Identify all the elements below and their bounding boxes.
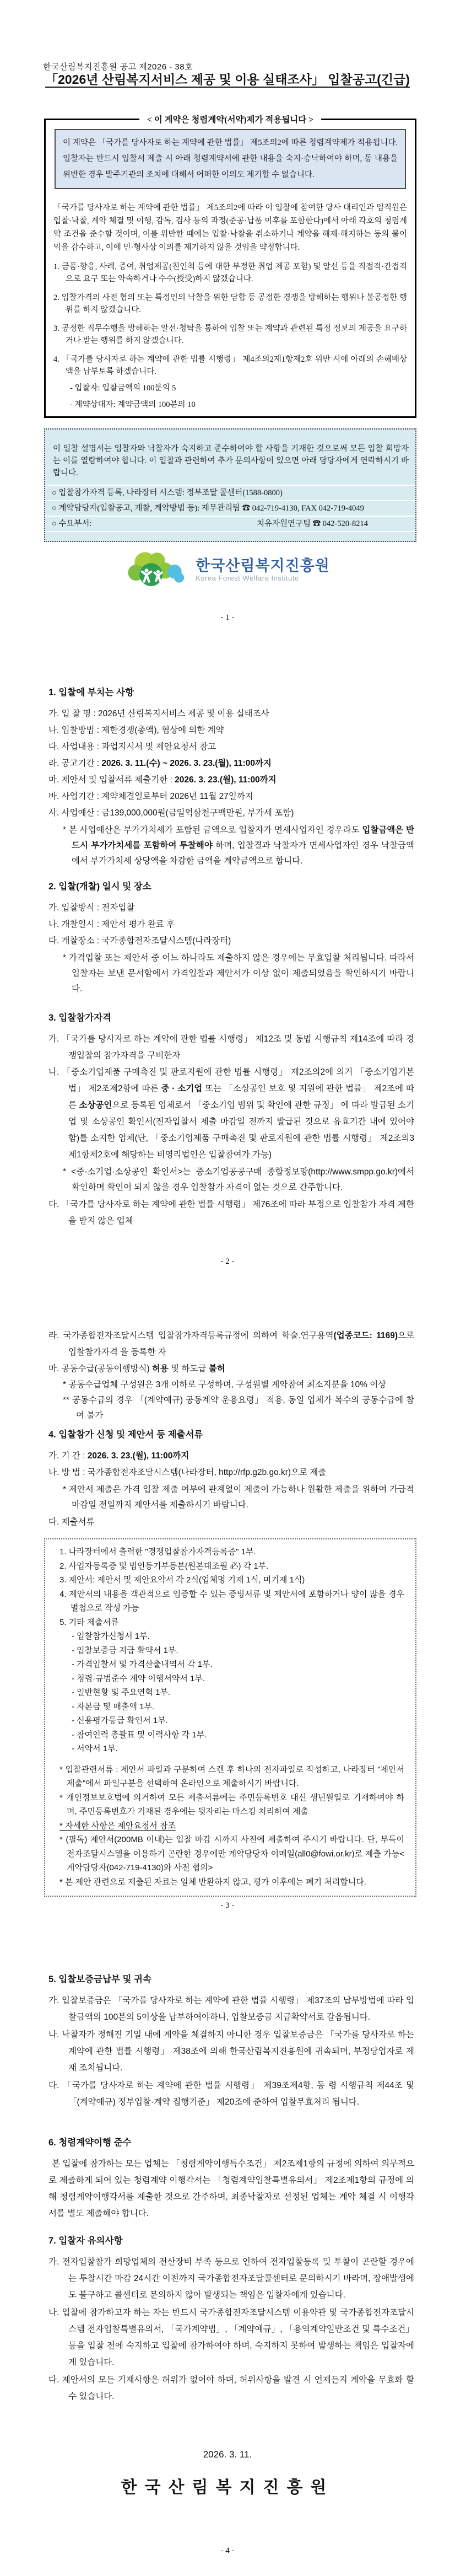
section-6-heading: 6. 청렴계약이행 준수: [48, 2135, 414, 2148]
contact-box-spacer: [45, 531, 415, 543]
bidder-note-na: 나. 입찰에 참가하고자 하는 자는 반드시 국가종합전자조달시스템 이용약관 …: [48, 2305, 414, 2371]
integrity-notice: 이 계약은 「국가를 당사자로 하는 계약에 관한 법률」 제5조의2에 따른 …: [55, 129, 406, 189]
project-budget-item: 사. 사업예산 : 금139,000,000원(금일억삼천구백만원, 부가세 포…: [48, 805, 414, 822]
forest-logo-icon: [125, 549, 190, 591]
pledge-item-3: 3. 공정한 직무수행을 방해하는 알선·청탁을 통하여 입찰 또는 계약과 관…: [53, 323, 407, 347]
page-marker-4: - 4 -: [0, 2546, 455, 2556]
no-return-note: * 본 제안 관련으로 제출된 자료는 일체 반환하지 않고, 평가 이후에는 …: [59, 1875, 404, 1890]
qual-na-part3: 으로 등록된 업체로서 「중소기업 범위 및 확인에 관한 규정」 에 따라 발…: [68, 1101, 414, 1160]
page-marker-3: - 3 -: [0, 1901, 455, 1910]
pledge-paragraph: 「국가를 당사자로 하는 계약에 관한 법률」 제5조의2에 따라 이 입찰에 …: [53, 201, 407, 254]
doc-sub-item-1: - 입찰참가신청서 1부.: [59, 1629, 404, 1644]
qualification-item-la: 라. 국가종합전자조달시스템 입찰참가자격등록규정에 의하여 학술.연구용역(업…: [48, 1328, 414, 1361]
doc-sub-item-9: - 서약서 1부.: [59, 1742, 404, 1756]
qual-na-bold2: 소상공인: [79, 1101, 112, 1110]
bid-format-item: 가. 입찰방식 : 전자입찰: [48, 900, 414, 916]
doc-sub-item-7: - 신용평가등급 확인서 1부.: [59, 1714, 404, 1728]
pledge-item-2: 2. 입찰가격의 사전 협의 또는 특정인의 낙찰을 위한 담합 등 공정한 경…: [53, 292, 407, 316]
submission-deadline-value: 2026. 3. 23.(월), 11:00까지: [175, 775, 277, 785]
section-3-continued: 라. 국가종합전자조달시스템 입찰참가자격등록규정에 의하여 학술.연구용역(업…: [0, 1328, 455, 1424]
logo-english-name: Korea Forest Welfare Institute: [196, 574, 330, 582]
contact-info-box: 이 입찰 설명서는 입찰자와 낙찰자가 숙지하고 준수하여야 할 사항을 기재한…: [44, 428, 416, 542]
contact-intro: 이 입찰 설명서는 입찰자와 낙찰자가 숙지하고 준수하여야 할 사항을 기재한…: [45, 430, 415, 485]
page-title: 「2026년 산림복지서비스 제공 및 이용 실태조사」 입찰공고(긴급): [0, 69, 455, 88]
doc-sub-item-8: - 참여인력 총괄표 및 이력사항 각 1부.: [59, 1728, 404, 1742]
joint-supply-note-1: * 공동수급업체 구성원은 3개 이하로 구성하며, 구성원별 계약참여 최소지…: [63, 1377, 414, 1393]
damage-item-bidder: - 입찰자: 입찰금액의 100분의 5: [70, 382, 407, 394]
doc-sub-item-5: - 일반현황 및 주요연혁 1부.: [59, 1686, 404, 1700]
submission-deadline-label: 마. 제안서 및 입찰서류 제출기한 :: [48, 775, 175, 785]
qual-na-bold1: 중 · 소기업: [161, 1084, 202, 1093]
qualification-item-da: 다. 「국가를 당사자로 하는 계약에 관한 법률 시행령」 제76조에 따라 …: [48, 1196, 414, 1230]
section-2-heading: 2. 입찰(개찰) 일시 및 장소: [48, 879, 414, 892]
announcement-date: 2026. 3. 11.: [0, 2449, 455, 2460]
bond-item-ga: 가. 입찰보증금은 「국가를 당사자로 하는 계약에 관한 법률 시행령」 제3…: [48, 1993, 414, 2026]
integrity-compliance-body: 본 입찰에 참가하는 모든 업체는 「청렴계약이행특수조건」 제2조제1항의 규…: [48, 2156, 414, 2222]
doc-item-5: 5. 기타 제출서류: [59, 1616, 404, 1630]
contact-row-contract-manager: ○ 계약담당자(입찰공고, 개찰, 계약방법 등): 재무관리팀 ☎ 042-7…: [45, 500, 415, 516]
budget-note-part1: * 본 사업예산은 부가가치세가 포함된 금액으로 입찰자가 면세사업자인 경우…: [63, 825, 362, 835]
demand-dept-label: ○ 수요부서:: [52, 518, 257, 529]
section-1-bid-matters: 1. 입찰에 부치는 사항 가. 입 찰 명 : 2026년 산림복지서비스 제…: [0, 685, 455, 869]
section-5-bid-bond: 5. 입찰보증금납부 및 귀속 가. 입찰보증금은 「국가를 당사자로 하는 계…: [0, 1972, 455, 2111]
doc-item-1: 1. 나라장터에서 출력한 "경쟁입찰참가자격등록증" 1부.: [59, 1545, 404, 1559]
smpp-check-note: * <중·소기업·소상공인 확인서>는 중소기업공공구매 종합정보망(http:…: [63, 1164, 414, 1195]
project-content-item: 다. 사업내용 : 과업지시서 및 제안요청서 참고: [48, 739, 414, 755]
page-marker-1: - 1 -: [0, 613, 455, 622]
submission-deadline-item: 마. 제안서 및 입찰서류 제출기한 : 2026. 3. 23.(월), 11…: [48, 772, 414, 788]
section-2-opening: 2. 입찰(개찰) 일시 및 장소 가. 입찰방식 : 전자입찰 나. 개찰일시…: [0, 879, 455, 997]
section-4-submission: 4. 입찰참가 신청 및 제안서 등 제출서류 가. 기 간 : 2026. 3…: [0, 1427, 455, 1531]
submission-docs-item: 다. 제출서류: [48, 1514, 414, 1531]
bid-name-item: 가. 입 찰 명 : 2026년 산림복지서비스 제공 및 이용 실태조사: [48, 706, 414, 722]
demand-dept-value: 치유자원연구팀 ☎ 042-520-8214: [257, 519, 368, 528]
joint-bold1: 허용: [152, 1364, 169, 1373]
qual-la-part1: 라. 국가종합전자조달시스템 입찰참가자격등록규정에 의하여 학술.연구용역: [48, 1331, 334, 1340]
required-reading-note: * (필독) 제안서(200MB 이내)는 입찰 마감 시까지 사전에 제출하여…: [59, 1833, 404, 1875]
doc-sub-item-2: - 입찰보증금 지급 확약서 1부.: [59, 1644, 404, 1658]
doc-item-4: 4. 제안서의 내용을 객관적으로 입증할 수 있는 증빙서류 및 제안서에 포…: [59, 1587, 404, 1616]
section-6-integrity-compliance: 6. 청렴계약이행 준수 본 입찰에 참가하는 모든 업체는 「청렴계약이행특수…: [0, 2135, 455, 2222]
joint-part2: 및 하도급: [169, 1364, 209, 1373]
doc-sub-item-3: - 가격입찰서 및 가격산출내역서 각 1부.: [59, 1657, 404, 1672]
section-3-heading: 3. 입찰참가자격: [48, 1010, 414, 1023]
invalid-bid-note: * 가격입찰 또는 제안서 중 어느 하나라도 제출하지 않은 경우에는 무효입…: [63, 951, 414, 997]
bond-item-da: 다. 「국가를 당사자로 하는 계약에 관한 법률 시행령」 제39조제4항, …: [48, 2078, 414, 2111]
submission-period-label: 가. 기 간 :: [48, 1451, 88, 1461]
qual-la-bold: (업종코드: 1169): [334, 1331, 398, 1340]
joint-supply-item: 마. 공동수급(공동이행방식) 허용 및 하도급 불허: [48, 1361, 414, 1377]
doc-item-3: 3. 제안서: 제안서 및 제안요약서 각 2식(업체명 기재 1식, 미기재 …: [59, 1573, 404, 1587]
notice-period-label: 라. 공고기간 :: [48, 759, 101, 768]
submission-period-value: 2026. 3. 23.(월), 11:00까지: [88, 1451, 189, 1461]
submission-documents-box: 1. 나라장터에서 출력한 "경쟁입찰참가자격등록증" 1부. 2. 사업자등록…: [44, 1538, 416, 1897]
logo-text: 한국산림복지진흥원 Korea Forest Welfare Institute: [196, 558, 330, 583]
integrity-box-legend: < 이 계약은 청렴계약(서약)제가 적용됩니다 >: [139, 113, 321, 125]
opening-time-item: 나. 개찰일시 : 제안서 평가 완료 후: [48, 916, 414, 933]
section-1-heading: 1. 입찰에 부치는 사항: [48, 685, 414, 698]
notice-period-item: 라. 공고기간 : 2026. 3. 11.(수) ~ 2026. 3. 23.…: [48, 755, 414, 772]
proposal-early-note: * 제안서 제출은 가격 입찰 제출 여부에 관계없이 제출이 가능하나 원활한…: [63, 1482, 414, 1513]
submission-period-item: 가. 기 간 : 2026. 3. 23.(월), 11:00까지: [48, 1448, 414, 1464]
section-3-qualification: 3. 입찰참가자격 가. 「국가를 당사자로 하는 계약에 관한 법률 시행령」…: [0, 1010, 455, 1230]
notice-period-value: 2026. 3. 11.(수) ~ 2026. 3. 23.(월), 11:00…: [101, 759, 272, 768]
joint-supply-note-2: ** 공동수급의 경우 「(계약예규) 공동계약 운용요령」 적용, 동일 업체…: [63, 1393, 414, 1424]
page-marker-2: - 2 -: [0, 1257, 455, 1266]
damage-item-contractor: - 계약상대자: 계약금액의 100분의 10: [70, 399, 407, 411]
see-rfp-note: * 자세한 사항은 제안요청서 참조: [59, 1819, 404, 1833]
integrity-contract-box: < 이 계약은 청렴계약(서약)제가 적용됩니다 > 이 계약은 「국가를 당사…: [44, 119, 416, 418]
budget-vat-note: * 본 사업예산은 부가가치세가 포함된 금액으로 입찰자가 면세사업자인 경우…: [63, 823, 414, 869]
project-period-item: 바. 사업기간 : 계약체결일로부터 2026년 11월 27일까지: [48, 788, 414, 805]
submit-box-gap: [59, 1756, 404, 1763]
joint-bold2: 불허: [209, 1364, 225, 1373]
issuing-organization: 한국산림복지진흥원: [0, 2473, 455, 2498]
joint-part1: 마. 공동수급(공동이행방식): [48, 1364, 152, 1373]
page-title-text: 「2026년 산림복지서비스 제공 및 이용 실태조사」 입찰공고(긴급): [45, 72, 410, 87]
contact-row-demand-dept: ○ 수요부서:치유자원연구팀 ☎ 042-520-8214: [45, 516, 415, 531]
logo-korean-name: 한국산림복지진흥원: [196, 558, 330, 575]
bid-docs-scan-note: * 입찰관련서류 : 제안서 파일과 구분하여 스캔 후 하나의 전자파일로 작…: [59, 1763, 404, 1791]
bidder-note-ga: 가. 전자입찰참가 희망업체의 전산장비 부족 등으로 인하여 전자입찰등록 및…: [48, 2254, 414, 2304]
opening-place-item: 다. 개찰장소 : 국가종합전자조달시스템(나라장터): [48, 933, 414, 949]
pledge-item-4: 4. 「국가를 당사자로 하는 계약에 관한 법률 시행령」 제4조의2제1항제…: [53, 353, 407, 378]
bidder-note-da: 다. 제안서의 모든 기재사항은 허위가 없어야 하며, 허위사항을 발견 시 …: [48, 2372, 414, 2405]
qualification-item-ga: 가. 「국가를 당사자로 하는 계약에 관한 법률 시행령」 제12조 및 동법…: [48, 1031, 414, 1064]
section-7-heading: 7. 입찰자 유의사항: [48, 2233, 414, 2246]
pledge-item-1: 1. 금품·향응, 사례, 증여, 취업제공(친인척 등에 대한 부정한 취업 …: [53, 261, 407, 285]
section-4-heading: 4. 입찰참가 신청 및 제안서 등 제출서류: [48, 1427, 414, 1440]
section-5-heading: 5. 입찰보증금납부 및 귀속: [48, 1972, 414, 1985]
doc-sub-item-6: - 자본금 및 매출액 1부.: [59, 1700, 404, 1714]
doc-item-2: 2. 사업자등록증 및 법인등기부등본(원본대조필 必) 각 1부.: [59, 1559, 404, 1574]
bid-method-item: 나. 입찰방법 : 제한경쟁(총액), 협상에 의한 계약: [48, 722, 414, 739]
section-7-bidder-notes: 7. 입찰자 유의사항 가. 전자입찰참가 희망업체의 전산장비 부족 등으로 …: [0, 2233, 455, 2405]
qualification-item-na: 나. 「중소기업제품 구매촉진 및 판로지원에 관한 법률 시행령」 제2조의2…: [48, 1064, 414, 1163]
contact-row-registration: ○ 입찰참가자격 등록, 나라장터 시스템: 정부조달 콜센터(1588-080…: [45, 485, 415, 500]
privacy-note: * 개인정보보호법에 의거하여 모든 제출서류에는 주민등록번호 대신 생년월일…: [59, 1791, 404, 1819]
see-rfp-note-text: * 자세한 사항은 제안요청서 참조: [59, 1821, 176, 1831]
doc-sub-item-4: - 청렴·규범준수 계약 이행서약서 1부.: [59, 1672, 404, 1686]
submission-method-item: 나. 방 법 : 국가종합전자조달시스템(나라장터, http://rfp.g2…: [48, 1464, 414, 1481]
org-logo: 한국산림복지진흥원 Korea Forest Welfare Institute: [0, 549, 455, 591]
bond-item-na: 나. 낙찰자가 정해진 기일 내에 계약을 체결하지 아니한 경우 입찰보증금은…: [48, 2027, 414, 2076]
